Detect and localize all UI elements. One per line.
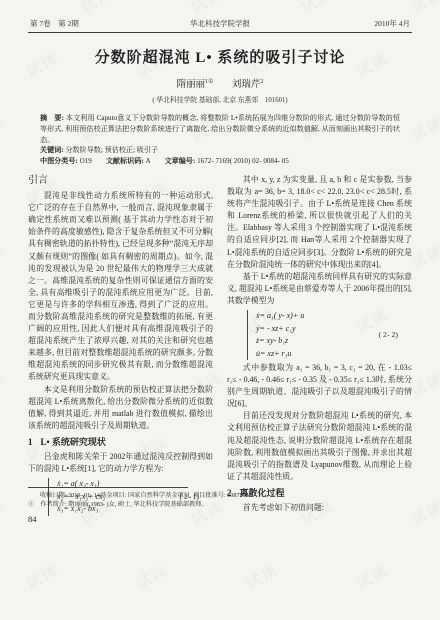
intro-heading: 引言: [28, 175, 213, 187]
footnote-rule: [28, 487, 188, 488]
author-2-name: 刘瑞芹: [232, 80, 261, 90]
article-id-label: 文章编号:: [165, 157, 196, 165]
page-footer: 收稿日期: 2010- 01- 14基金项目: 国家自然科学基金项目, 项目批准…: [28, 487, 412, 524]
doc-code-value: A: [145, 157, 150, 165]
right-paragraph-4: 目前还没发现对分数阶超混沌 L•系统的研究, 本文利用预估校正算子法研究分数阶超…: [227, 410, 412, 483]
watermark-text: 试读: [407, 0, 440, 18]
publish-date: 2010年 4月: [320, 18, 410, 29]
section-1-title: L• 系统研究现状: [41, 437, 106, 447]
page-content: 第 7卷 第 2期 华北科技学院学报 2010年 4月 分数阶超混沌 L• 系统…: [0, 18, 440, 538]
article-title: 分数阶超混沌 L• 系统的吸引子讨论: [30, 46, 410, 67]
right-paragraph-2: 基于 L•系统的超混沌系统同样具有研究的实际意义, 超混沌 L•系统是由蔡爱寿等…: [227, 271, 412, 307]
journal-name: 华北科技学院学报: [120, 18, 320, 29]
author-1-sup: 1①: [205, 79, 213, 85]
right-paragraph-1: 其中 x, y, z 为实变量, 且 a, b 和 c 是实参数, 当参数取为 …: [227, 174, 412, 271]
eq22-line-4: u̇= xz+ r₁u: [256, 348, 304, 361]
author-1: 隋丽丽1①: [177, 80, 214, 90]
watermark-text: 试读: [352, 559, 392, 594]
keywords-text: 分数阶导数; 预估校正; 吸引子: [65, 146, 158, 154]
watermark-text: 试读: [132, 559, 172, 594]
watermark-text: 试读: [0, 0, 7, 18]
article-id-pair: 文章编号: 1672- 7169( 2010) 02- 0084- 05: [165, 156, 289, 167]
clc-label: 中图分类号:: [40, 157, 78, 165]
footnote-author-bio: ① 作者简介: 隋丽丽( 1983- )女, 硕士, 华北科技学院基础部教师。: [28, 500, 412, 509]
section-1-lead: 吕金虎和陈关荣于 2002年通过混沌反控制得到如下的混沌 L•系统[1], 它的…: [28, 451, 213, 475]
doc-code-label: 文献标识码:: [106, 157, 144, 165]
eq22-line-1: ẋ= a₁( y- x)+ u: [256, 310, 304, 323]
equation-2-2: ẋ= a₁( y- x)+ u ẏ= - xz+ c₁y ż= xy- b₁z …: [247, 310, 412, 360]
right-paragraph-3: 式中参数取为 a₁ = 36, b₁ = 3, c₁ = 20, 在 - 1.0…: [227, 362, 412, 410]
watermark-text: 试读: [187, 0, 227, 18]
watermark-text: 试读: [77, 0, 117, 18]
section-1-heading: 1L• 系统研究现状: [28, 436, 213, 448]
abstract-label: 摘 要:: [40, 114, 64, 122]
authors-line: 隋丽丽1① 刘瑞芹2: [0, 76, 440, 90]
eq22-line-2: ẏ= - xz+ c₁y: [256, 323, 304, 336]
header-rule: [28, 32, 412, 33]
keywords-line: 关键词: 分数阶导数; 预估校正; 吸引子: [40, 145, 400, 156]
equation-2-2-lines: ẋ= a₁( y- x)+ u ẏ= - xz+ c₁y ż= xy- b₁z …: [247, 310, 304, 360]
eq22-line-3: ż= xy- b₁z: [256, 335, 304, 348]
clc-value: O19: [80, 157, 92, 165]
clc-pair: 中图分类号: O19: [40, 156, 92, 167]
article-id-value: 1672- 7169( 2010) 02- 0084- 05: [197, 157, 289, 165]
journal-page: 试读试读试读试读试读试读试读试读试读试读试读试读试读试读试读试读试读试读试读试读…: [0, 0, 440, 620]
page-number: 84: [28, 514, 412, 524]
equation-2-2-label: ( 2- 2): [379, 329, 399, 341]
author-1-name: 隋丽丽: [177, 80, 206, 90]
watermark-text: 试读: [297, 0, 337, 18]
intro-paragraph-1: 混沌是非线性动力系统所特有的一种运动形式, 它广泛的存在于自然界中, 一般而言,…: [28, 190, 213, 384]
abstract-text: 本文利用 Caputo意义下分数阶导数的概念, 将整数阶 L•系统拓展为四维分数…: [40, 114, 400, 144]
abstract: 摘 要: 本文利用 Caputo意义下分数阶导数的概念, 将整数阶 L•系统拓展…: [40, 113, 400, 145]
keywords-label: 关键词:: [40, 146, 64, 154]
issue-info: 第 7卷 第 2期: [30, 18, 120, 29]
affiliation: ( 华北科技学院 基础部, 北京 东燕郊 101601): [0, 94, 440, 104]
footnote-received: 收稿日期: 2010- 01- 14基金项目: 国家自然科学基金项目, 项目批准…: [40, 491, 412, 500]
journal-header: 第 7卷 第 2期 华北科技学院学报 2010年 4月: [30, 18, 410, 29]
author-2-sup: 2: [260, 79, 263, 85]
watermark-text: 试读: [242, 559, 282, 594]
author-2: 刘瑞芹2: [232, 80, 264, 90]
right-column: 其中 x, y, z 为实变量, 且 a, b 和 c 是实参数, 当参数取为 …: [227, 174, 412, 538]
meta-line: 中图分类号: O19 文献标识码: A 文章编号: 1672- 7169( 20…: [40, 156, 400, 167]
intro-paragraph-2: 本文是利用分数阶系统的预估校正算法把分数阶超混沌 L•系统离散化, 给出分数阶微…: [28, 384, 213, 432]
doc-code-pair: 文献标识码: A: [106, 156, 151, 167]
watermark-text: 试读: [22, 559, 62, 594]
section-1-number: 1: [28, 437, 33, 447]
left-column: 引言 混沌是非线性动力系统所特有的一种运动形式, 它广泛的存在于自然界中, 一般…: [28, 174, 213, 538]
body-columns: 引言 混沌是非线性动力系统所特有的一种运动形式, 它广泛的存在于自然界中, 一般…: [28, 174, 412, 538]
